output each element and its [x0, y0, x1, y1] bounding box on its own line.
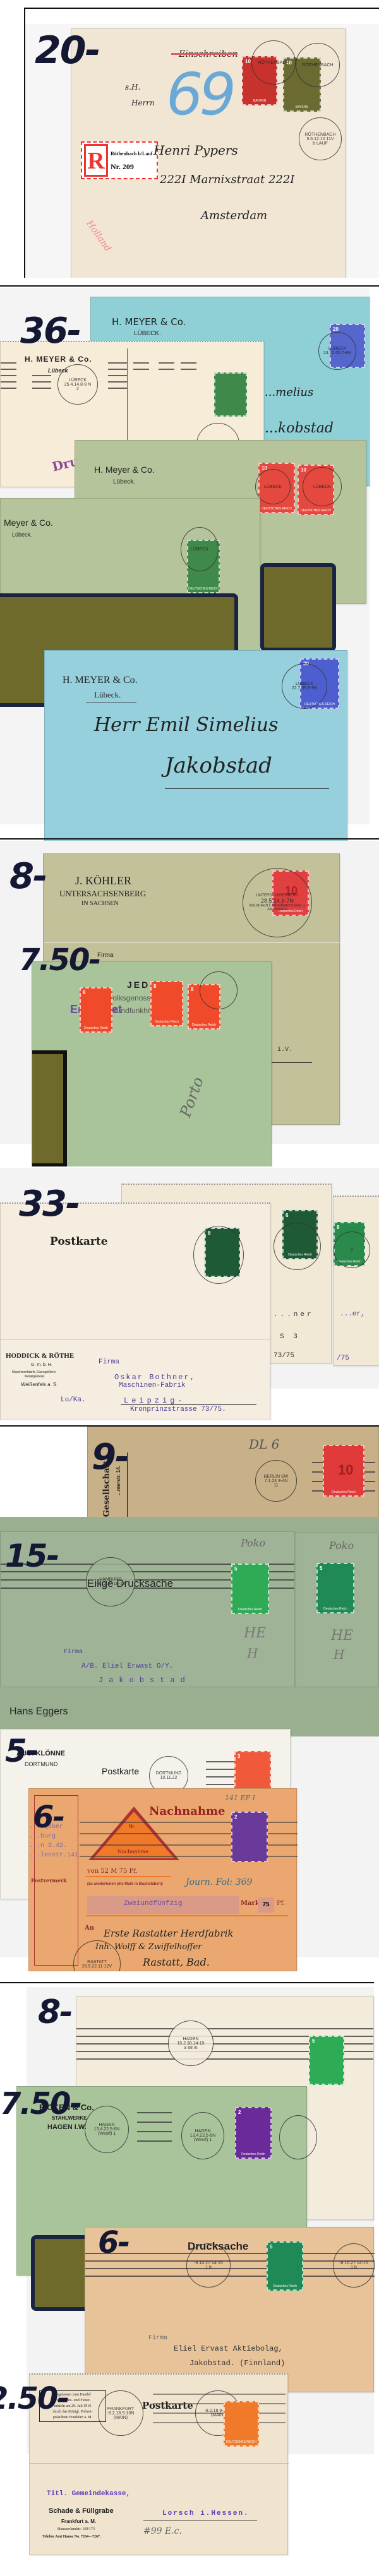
stamp-posthorn-2: 2 — [231, 1812, 268, 1862]
registration-place: Röthenbach b/Lauf — [111, 148, 152, 160]
address-line: s.H. — [125, 83, 140, 92]
sender-line: HODDICK & RÖTHE — [6, 1352, 74, 1360]
postmark-lubeck: LÜBECK — [303, 467, 342, 506]
postkarte-title: Postkarte — [50, 1235, 108, 1248]
address-line: Titl. Gemeindekasse, — [47, 2490, 130, 2498]
eilige-drucksache-marking: Eilige Drucksache — [87, 1577, 173, 1590]
sender-name: Hans Eggers — [9, 1706, 68, 1718]
lot-price: 7.50- — [0, 2086, 81, 2122]
address-fragment: /75 — [337, 1355, 349, 1362]
address-fragment: 73/75 — [274, 1352, 294, 1360]
address-fragment: ...melius — [265, 386, 313, 399]
lot-section-4: 8Deutsches Reich 2 ...er, /75 6Deutsches… — [0, 1168, 379, 1420]
address-fragment: ...ner — [274, 1311, 314, 1319]
address-line: Herrn — [131, 98, 155, 107]
lot-price: 5- — [5, 1733, 38, 1769]
lot-section-5: Gesellschaft ...merstr. 14. DL 6 BERLIN … — [0, 1425, 379, 1687]
address-line: 222I Marnixstraat 222I — [160, 173, 294, 186]
pencil-note: HE — [244, 1625, 266, 1641]
address-line: Leipzig- — [124, 1396, 186, 1405]
sender-line: Hanauerlandstr. 169/173 — [57, 2527, 95, 2531]
sender-line: G. m. b. H. — [31, 1363, 52, 1367]
lot-price: 7.50- — [19, 942, 100, 978]
cover-postcard-3[interactable]: 8Deutsches Reich 2 ...er, /75 — [333, 1196, 379, 1366]
postmark: -8.10.27.14-151 b — [186, 2243, 231, 2288]
sender-name: H. Meyer & Co. — [94, 465, 155, 475]
postmark — [193, 1226, 244, 1284]
cover-hamburg-2[interactable]: Poko 5Deutsches Reich HE H — [294, 1533, 379, 1687]
postmark-frankfurt: FRANKFURT-8.2.18.9-10N(MAIN) — [98, 2390, 143, 2436]
lot-price: 33- — [19, 1184, 79, 1225]
sender-city: Lübeck. — [94, 690, 121, 700]
postvermerk-label: Postvermerk — [31, 1877, 67, 1884]
pencil-note: HE — [331, 1628, 353, 1644]
triangle-label: Nr. — [129, 1824, 135, 1829]
in-words-label: (zu wiederholen (die Mark in Buchstaben)… — [87, 1882, 163, 1886]
stamp-hindenburg-8: 8Deutsches Reich — [150, 981, 183, 1026]
red-underline — [171, 53, 238, 55]
lot-section-6: Hans Eggers AUG. KLÖNNE DORTMUND Postkar… — [0, 1687, 379, 1971]
stamp-posthorn-2: 2Deutsches Reich — [235, 2107, 272, 2159]
address-line: Firma — [64, 1649, 83, 1656]
lot-price: 6- — [33, 1800, 64, 1835]
reference: Lu/Ka. — [61, 1396, 86, 1404]
pfennig-box: 75 — [258, 1897, 274, 1913]
address-line: Rastatt, Bad. — [143, 1956, 210, 1968]
address-line: Lorsch i.Hessen. — [162, 2510, 250, 2517]
slogan-line: Volksgenosse — [108, 994, 155, 1002]
address-line: Kronprinzstrasse 73/75. — [130, 1406, 226, 1413]
stamp-5: 5Deutsches Reich — [231, 1564, 269, 1614]
sender-line: Weißenfels a. S. — [21, 1382, 58, 1387]
an-label: An — [85, 1925, 94, 1932]
signature-label: i.V. — [277, 1047, 292, 1054]
sender-fragment: ...n S.42. — [29, 1843, 67, 1849]
stamp-hindenburg-8: 8Deutsches Reich — [80, 987, 112, 1033]
stamp-germania: DEUTSCHES REICH — [224, 2401, 259, 2447]
postmark-lubeck: LÜBECK22.7.09.8-9N — [282, 663, 327, 709]
journal-note: Journ. Fol: 369 — [186, 1877, 252, 1887]
postmark-hagen: HAGEN13.4.22.5-6N(Westf) 1 — [181, 2112, 224, 2159]
mark-label: Mark — [241, 1900, 260, 1907]
address-line: A/B. Eliel Erwast O/Y. — [81, 1663, 173, 1670]
postmark-lubeck: LÜBECK25.4.14.8-9 N2 — [57, 364, 98, 405]
address-line: Oskar Bothner, — [114, 1373, 196, 1382]
sender-name: H. MEYER & Co. — [112, 316, 186, 328]
cover-nachnahme[interactable]: ...ngeber ...burg ...n S.42. ...lenstr.1… — [28, 1788, 297, 1971]
postmark — [200, 971, 238, 1009]
lot-price: 8- — [38, 1993, 72, 2031]
divider — [0, 285, 379, 287]
sender-name: J. KÖHLER — [75, 874, 131, 887]
postkarte-title: Postkarte — [102, 1766, 139, 1776]
nachnahme-title: Nachnahme — [149, 1805, 226, 1818]
address-line: Eliel Ervast Aktiebolag, — [174, 2344, 283, 2353]
stamp-5: 5Deutsches Reich — [267, 2241, 303, 2291]
sender-line: UNTERSACHSENBERG — [59, 889, 146, 899]
sender-line: Telefon Amt Hansa No. 7264—7267. — [42, 2535, 100, 2539]
pencil-note: Poko — [329, 1540, 354, 1552]
postmark-rothenbach: RÖTHENBACH 5.6.12.10 11V b LAUF — [299, 117, 342, 160]
cover-berlin[interactable]: Gesellschaft ...merstr. 14. DL 6 BERLIN … — [87, 1427, 379, 1521]
lot-price: 15- — [5, 1538, 58, 1574]
triangle-label: Nachnahme — [117, 1849, 148, 1855]
lot-price: 36- — [20, 311, 80, 352]
address-line: Henri Pypers — [153, 143, 238, 158]
registration-label: R Röthenbach b/Lauf Nr. 209 — [81, 141, 158, 179]
postmark — [274, 1223, 321, 1270]
postmark: -8.10.27.14-151 b — [333, 2243, 375, 2288]
pencil-note: #99 E.c. — [143, 2526, 182, 2536]
pencil-note: Porto — [176, 1075, 207, 1120]
envelope-window — [260, 563, 336, 651]
lot-section-1: Einschreiben 69 10BAYERN 40BAYERN RÖTHEN… — [0, 0, 379, 278]
registration-number: Nr. 209 — [111, 160, 152, 173]
sender-city: Lübeck. — [12, 531, 32, 538]
postmark-lubeck: LÜBECK24.10.05.7-8N — [318, 332, 356, 370]
address-line: Jakobstad — [99, 1676, 191, 1685]
amount-in-words: Zweiundfünfzig — [124, 1900, 182, 1908]
postmark-berlin: BERLIN SW7.1.24 3-4N11 — [255, 1460, 297, 1502]
postmark-rothenbach: RÖTHENBACH — [296, 43, 340, 87]
sender-line: Metallgießerei — [25, 1375, 44, 1379]
sender-name: H. MEYER & Co. — [25, 355, 92, 364]
sender-name: Meyer & Co. — [4, 518, 53, 528]
sender-fragment: ...lenstr.141 — [29, 1852, 78, 1859]
address-fragment: ...kobstad — [265, 420, 334, 436]
sender-line: HAGEN i.W. — [47, 2123, 87, 2131]
address-line: Jakobstad — [165, 753, 272, 778]
pencil-note: DL 6 — [249, 1437, 279, 1452]
postmark-untersachsenberg: UNTERSACHSENBERG28.5.24.6-7NIndustrieort… — [243, 868, 312, 937]
amount: von 52 M 75 Pf. — [87, 1868, 138, 1875]
lot-price: 2.50- — [0, 2381, 68, 2416]
address-line: Firma — [148, 2335, 167, 2342]
lot-price: 6- — [98, 2225, 129, 2260]
lot-price: 9- — [92, 1437, 128, 1478]
divider — [0, 1982, 374, 1983]
address-line: Herr Emil Simelius — [94, 714, 278, 736]
cover-meyer-blue-front[interactable]: H. MEYER & Co. Lübeck. 20DEUTSCHES REICH… — [44, 650, 347, 841]
lot-price: 8- — [9, 856, 46, 897]
cover-hindenburg-window[interactable]: JEDER Volksgenosse Rundfunkhörer Entwert… — [32, 961, 272, 1166]
sender-line: Schade & Füllgrabe — [49, 2507, 114, 2515]
pf-label: Pf. — [277, 1900, 285, 1907]
pink-note: Holland — [84, 219, 112, 254]
sender-city: Lübeck. — [113, 478, 135, 485]
address-fragment: S 3 — [280, 1333, 300, 1341]
sender-line: Frankfurt a. M. — [61, 2519, 96, 2524]
postmark-hagen: HAGEN13.4.22.5-6N(Westf) 1 — [85, 2106, 129, 2153]
sender-line: IN SACHSEN — [81, 900, 119, 907]
address-line: Maschinen-Fabrik — [119, 1382, 186, 1389]
stamp-5: 5 — [309, 2036, 344, 2085]
lot-section-2: H. MEYER & Co. LÜBECK. 20 LÜBECK24.10.05… — [0, 285, 379, 841]
address-line: Jakobstad. (Finnland) — [189, 2359, 285, 2368]
stamp-5: 5Deutsches Reich — [316, 1563, 354, 1613]
cover-meyer-green-window[interactable]: Meyer & Co. Lübeck. DEUTSCHES REICH LÜBE… — [0, 498, 260, 665]
sender-name: H. MEYER & Co. — [63, 675, 138, 686]
address-fragment: ...er, — [340, 1310, 365, 1318]
stamp-germania-5 — [214, 372, 247, 417]
cover-postcard-hoddick[interactable]: Postkarte 8 HODDICK & RÖTHE G. m. b. H. … — [0, 1202, 270, 1420]
divider — [24, 8, 379, 9]
postmark-rothenbach: RÖTHENBACH — [251, 40, 296, 85]
lot-section-7: HAGEN15.2.30.14-15a 68 m 5 EICKEN & Co. … — [0, 1982, 379, 2576]
lot-section-3: J. KÖHLER UNTERSACHSENBERG IN SACHSEN 10… — [0, 838, 379, 1166]
address-line: Firma — [99, 1358, 119, 1366]
lot-price: 20- — [35, 28, 99, 73]
pencil-note: H — [334, 1647, 344, 1662]
sender-line: Maschinenfabrik, Eisengießerei — [12, 1370, 56, 1374]
blue-pencil-mark: 69 — [166, 61, 232, 128]
postmark-hagen: HAGEN15.2.30.14-15a 68 m — [168, 2021, 214, 2066]
registration-r: R — [84, 144, 108, 177]
postmark-lubeck: LÜBECK — [181, 527, 219, 571]
postmark: 2 — [334, 1232, 370, 1268]
postkarte-title: Postkarte — [142, 2400, 193, 2411]
divider — [0, 838, 379, 840]
cover-registered-bayern[interactable]: Einschreiben 69 10BAYERN 40BAYERN RÖTHEN… — [71, 28, 346, 278]
pencil-note: Poko — [241, 1537, 265, 1549]
stamp-rosette-10: 10Deutsches Reich — [323, 1445, 364, 1497]
address-line: Erste Rastatter Herdfabrik — [104, 1928, 234, 1939]
pencil-note: 141 EF I — [225, 1794, 255, 1802]
envelope-window — [32, 1050, 67, 1166]
sender-city: LÜBECK. — [134, 330, 161, 337]
postmark-hagen — [279, 2115, 317, 2159]
pencil-note: H — [247, 1646, 258, 1661]
postmark-lubeck: LÜBECK — [255, 469, 291, 504]
address-line: Amsterdam — [201, 209, 267, 222]
